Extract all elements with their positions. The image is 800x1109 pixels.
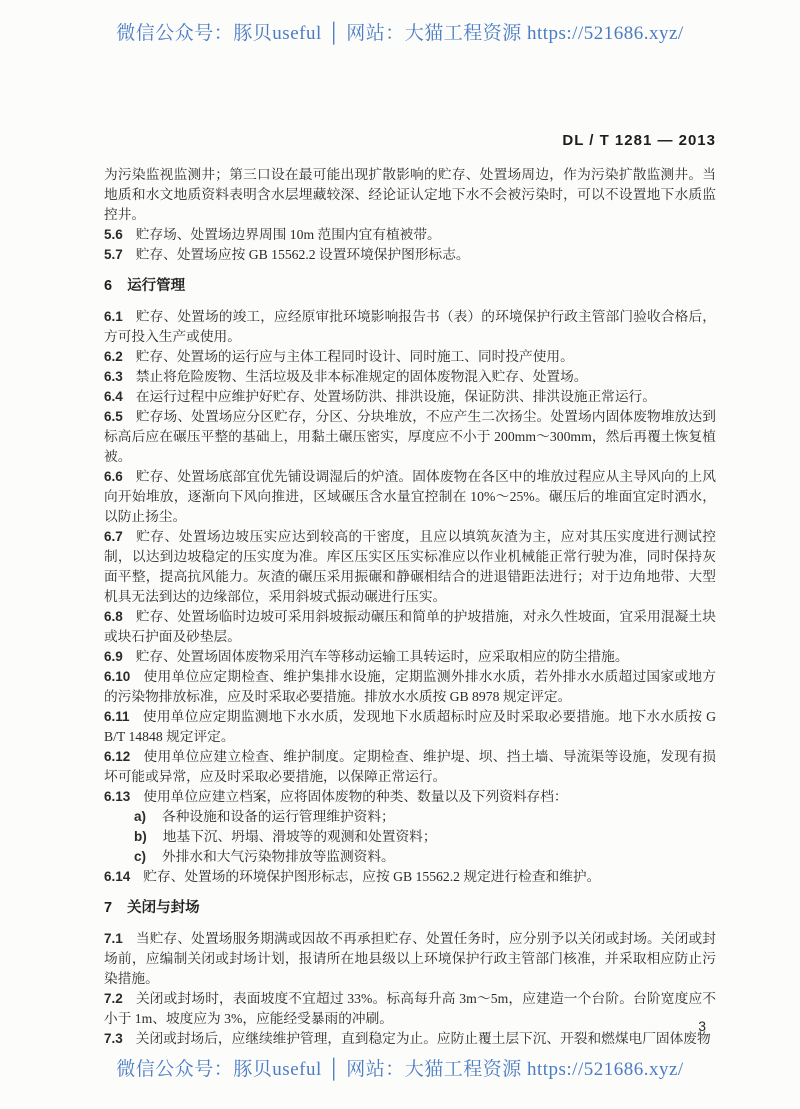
section-7-heading: 7关闭与封场 [104, 898, 716, 918]
clause-text: 使用单位应定期检查、维护集排水设施，定期监测外排水水质，若外排水水质超过国家或地… [104, 669, 716, 704]
list-marker: b) [134, 829, 147, 844]
clause-6-7: 6.7贮存、处置场边坡压实应达到较高的干密度，且应以填筑灰渣为主，应对其压实度进… [104, 527, 716, 607]
clause-number: 7.2 [104, 991, 123, 1006]
page-content: DL / T 1281 — 2013 为污染监视监测井；第三口设在最可能出现扩散… [104, 132, 716, 1049]
clause-6-6: 6.6贮存、处置场底部宜优先铺设调湿后的炉渣。固体废物在各区中的堆放过程应从主导… [104, 467, 716, 527]
clause-number: 6.11 [104, 709, 130, 724]
section-title: 运行管理 [127, 278, 185, 294]
clause-6-9: 6.9贮存、处置场固体废物采用汽车等移动运输工具转运时，应采取相应的防尘措施。 [104, 647, 716, 667]
clause-6-11: 6.11使用单位应定期监测地下水水质，发现地下水质超标时应及时采取必要措施。地下… [104, 707, 716, 747]
document-page: 微信公众号：豚贝useful │ 网站：大猫工程资源 https://52168… [0, 0, 800, 1109]
page-number: 3 [698, 1018, 706, 1034]
clause-number: 6.10 [104, 669, 130, 684]
clause-7-2: 7.2关闭或封场时，表面坡度不宜超过 33%。标高每升高 3m～5m，应建造一个… [104, 989, 716, 1029]
clause-number: 7.1 [104, 931, 123, 946]
clause-text: 禁止将危险废物、生活垃圾及非本标准规定的固体废物混入贮存、处置场。 [136, 369, 588, 384]
clause-6-13: 6.13使用单位应建立档案，应将固体废物的种类、数量以及下列资料存档： [104, 787, 716, 807]
clause-5-6: 5.6贮存场、处置场边界周围 10m 范围内宜有植被带。 [104, 225, 716, 245]
clause-text: 当贮存、处置场服务期满或因故不再承担贮存、处置任务时，应分别予以关闭或封场。关闭… [104, 931, 716, 986]
list-item-text: 各种设施和设备的运行管理维护资料； [162, 809, 395, 824]
clause-text: 贮存场、处置场应分区贮存，分区、分块堆放，不应产生二次扬尘。处置场内固体废物堆放… [104, 409, 716, 464]
clause-text: 使用单位应建立档案，应将固体废物的种类、数量以及下列资料存档： [143, 789, 567, 804]
clause-text: 贮存、处置场的环境保护图形标志，应按 GB 15562.2 规定进行检查和维护。 [143, 869, 600, 884]
clause-6-4: 6.4在运行过程中应维护好贮存、处置场防洪、排洪设施，保证防洪、排洪设施正常运行… [104, 387, 716, 407]
clause-6-13-item-b: b)地基下沉、坍塌、滑坡等的观测和处置资料； [104, 827, 716, 847]
clause-text: 贮存、处置场的运行应与主体工程同时设计、同时施工、同时投产使用。 [136, 349, 574, 364]
clause-text: 贮存、处置场的竣工，应经原审批环境影响报告书（表）的环境保护行政主管部门验收合格… [104, 309, 716, 344]
clause-text: 关闭或封场时，表面坡度不宜超过 33%。标高每升高 3m～5m，应建造一个台阶。… [104, 991, 716, 1026]
clause-text: 贮存场、处置场边界周围 10m 范围内宜有植被带。 [136, 227, 441, 242]
standard-number: DL / T 1281 — 2013 [104, 132, 716, 149]
section-title: 关闭与封场 [127, 900, 200, 916]
clause-6-13-item-a: a)各种设施和设备的运行管理维护资料； [104, 807, 716, 827]
clause-5-5-continuation: 为污染监视监测井；第三口设在最可能出现扩散影响的贮存、处置场周边，作为污染扩散监… [104, 165, 716, 225]
clause-text: 使用单位应建立检查、维护制度。定期检查、维护堤、坝、挡土墙、导流渠等设施，发现有… [104, 749, 716, 784]
clause-number: 5.6 [104, 227, 123, 242]
clause-number: 6.4 [104, 389, 123, 404]
clause-number: 6.7 [104, 529, 123, 544]
clause-number: 6.13 [104, 789, 130, 804]
clause-number: 7.3 [104, 1031, 123, 1046]
list-marker: c) [134, 849, 146, 864]
clause-6-13-item-c: c)外排水和大气污染物排放等监测资料。 [104, 847, 716, 867]
watermark-bottom: 微信公众号：豚贝useful │ 网站：大猫工程资源 https://52168… [0, 1054, 800, 1081]
section-number: 6 [104, 278, 112, 294]
clause-text: 贮存、处置场边坡压实应达到较高的干密度，且应以填筑灰渣为主，应对其压实度进行测试… [104, 529, 716, 604]
clause-7-3: 7.3关闭或封场后，应继续维护管理，直到稳定为止。应防止覆土层下沉、开裂和燃煤电… [104, 1029, 716, 1049]
clause-number: 6.6 [104, 469, 123, 484]
clause-number: 6.1 [104, 309, 123, 324]
clause-text: 关闭或封场后，应继续维护管理，直到稳定为止。应防止覆土层下沉、开裂和燃煤电厂固体… [136, 1031, 711, 1046]
clause-number: 6.8 [104, 609, 123, 624]
list-item-text: 地基下沉、坍塌、滑坡等的观测和处置资料； [163, 829, 437, 844]
clause-6-12: 6.12使用单位应建立检查、维护制度。定期检查、维护堤、坝、挡土墙、导流渠等设施… [104, 747, 716, 787]
watermark-top: 微信公众号：豚贝useful │ 网站：大猫工程资源 https://52168… [0, 18, 800, 45]
clause-7-1: 7.1当贮存、处置场服务期满或因故不再承担贮存、处置任务时，应分别予以关闭或封场… [104, 929, 716, 989]
clause-6-14: 6.14贮存、处置场的环境保护图形标志，应按 GB 15562.2 规定进行检查… [104, 867, 716, 887]
clause-5-7: 5.7贮存、处置场应按 GB 15562.2 设置环境保护图形标志。 [104, 245, 716, 265]
clause-text: 贮存、处置场固体废物采用汽车等移动运输工具转运时，应采取相应的防尘措施。 [136, 649, 629, 664]
clause-number: 6.3 [104, 369, 123, 384]
clause-6-1: 6.1贮存、处置场的竣工，应经原审批环境影响报告书（表）的环境保护行政主管部门验… [104, 307, 716, 347]
clause-6-8: 6.8贮存、处置场临时边坡可采用斜坡振动碾压和简单的护坡措施，对永久性坡面，宜采… [104, 607, 716, 647]
clause-text: 使用单位应定期监测地下水水质，发现地下水质超标时应及时采取必要措施。地下水水质按… [104, 709, 716, 744]
list-item-text: 外排水和大气污染物排放等监测资料。 [162, 849, 395, 864]
clause-number: 6.9 [104, 649, 123, 664]
section-number: 7 [104, 900, 112, 916]
clause-6-3: 6.3禁止将危险废物、生活垃圾及非本标准规定的固体废物混入贮存、处置场。 [104, 367, 716, 387]
clause-text: 贮存、处置场应按 GB 15562.2 设置环境保护图形标志。 [136, 247, 470, 262]
list-marker: a) [134, 809, 146, 824]
clause-number: 6.12 [104, 749, 130, 764]
clause-text: 贮存、处置场底部宜优先铺设调湿后的炉渣。固体废物在各区中的堆放过程应从主导风向的… [104, 469, 716, 524]
clause-text: 在运行过程中应维护好贮存、处置场防洪、排洪设施，保证防洪、排洪设施正常运行。 [136, 389, 656, 404]
section-6-heading: 6运行管理 [104, 276, 716, 296]
clause-6-5: 6.5贮存场、处置场应分区贮存，分区、分块堆放，不应产生二次扬尘。处置场内固体废… [104, 407, 716, 467]
clause-number: 6.14 [104, 869, 130, 884]
clause-number: 5.7 [104, 247, 123, 262]
clause-6-10: 6.10使用单位应定期检查、维护集排水设施，定期监测外排水水质，若外排水水质超过… [104, 667, 716, 707]
clause-6-2: 6.2贮存、处置场的运行应与主体工程同时设计、同时施工、同时投产使用。 [104, 347, 716, 367]
clause-text: 贮存、处置场临时边坡可采用斜坡振动碾压和简单的护坡措施，对永久性坡面，宜采用混凝… [104, 609, 716, 644]
clause-number: 6.5 [104, 409, 123, 424]
clause-number: 6.2 [104, 349, 123, 364]
